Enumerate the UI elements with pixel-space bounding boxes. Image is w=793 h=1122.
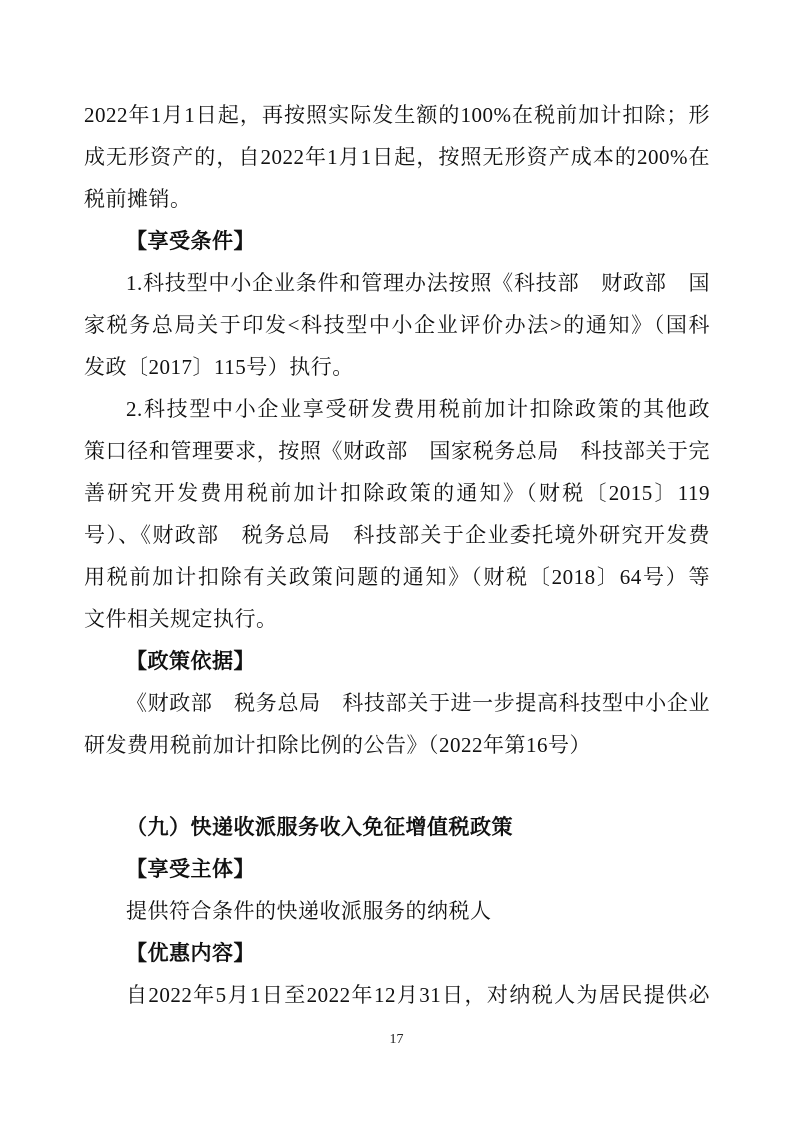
heading-youhui-neirong: 【优惠内容】 [84, 932, 710, 974]
page-footer: 17 [0, 1032, 793, 1048]
heading-xiangshou-zhuti: 【享受主体】 [84, 848, 710, 890]
heading-zhengce-yiju: 【政策依据】 [84, 640, 710, 682]
section-gap [84, 766, 710, 806]
body-line: 税前摊销。 [84, 178, 710, 220]
body-line: 成无形资产的，自2022年1月1日起，按照无形资产成本的200%在 [84, 136, 710, 178]
body-line: 用税前加计扣除有关政策问题的通知》（财税〔2018〕64号）等 [84, 556, 710, 598]
body-line: 2022年1月1日起，再按照实际发生额的100%在税前加计扣除；形 [84, 94, 710, 136]
body-line: 家税务总局关于印发<科技型中小企业评价办法>的通知》（国科 [84, 304, 710, 346]
body-line: 善研究开发费用税前加计扣除政策的通知》（财税〔2015〕119 [84, 472, 710, 514]
section-9-title: （九）快递收派服务收入免征增值税政策 [84, 806, 710, 848]
body-line: 自2022年5月1日至2022年12月31日，对纳税人为居民提供必 [84, 974, 710, 1016]
body-line: 研发费用税前加计扣除比例的公告》（2022年第16号） [84, 724, 710, 766]
body-line: 策口径和管理要求，按照《财政部 国家税务总局 科技部关于完 [84, 430, 710, 472]
document-body: 2022年1月1日起，再按照实际发生额的100%在税前加计扣除；形 成无形资产的… [84, 94, 710, 1016]
body-line: 提供符合条件的快递收派服务的纳税人 [84, 890, 710, 932]
document-page: 2022年1月1日起，再按照实际发生额的100%在税前加计扣除；形 成无形资产的… [0, 0, 793, 1122]
body-line: 《财政部 税务总局 科技部关于进一步提高科技型中小企业 [84, 682, 710, 724]
page-number: 17 [390, 1032, 404, 1047]
body-line: 1.科技型中小企业条件和管理办法按照《科技部 财政部 国 [84, 262, 710, 304]
body-line: 2.科技型中小企业享受研发费用税前加计扣除政策的其他政 [84, 388, 710, 430]
body-line: 文件相关规定执行。 [84, 598, 710, 640]
body-line: 发政〔2017〕115号）执行。 [84, 346, 710, 388]
body-line: 号）、《财政部 税务总局 科技部关于企业委托境外研究开发费 [84, 514, 710, 556]
heading-xiangshou-tiaojian: 【享受条件】 [84, 220, 710, 262]
